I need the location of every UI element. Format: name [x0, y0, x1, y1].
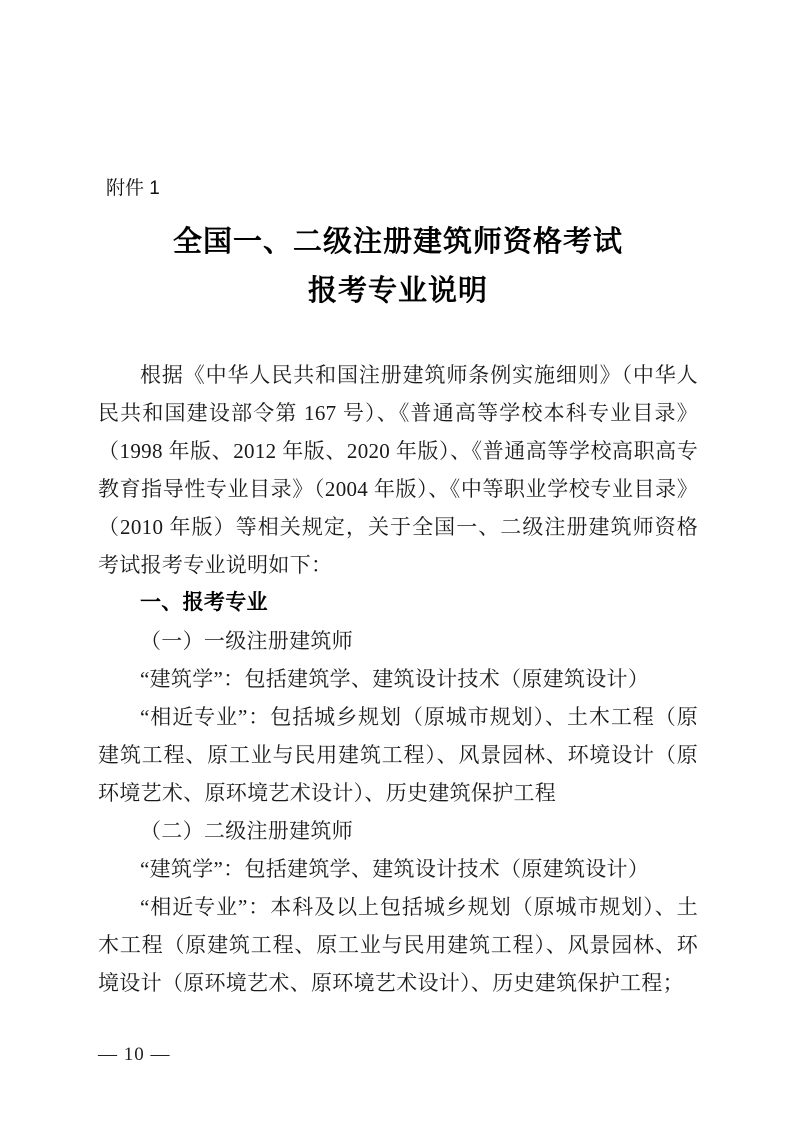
document-body: 根据《中华人民共和国注册建筑师条例实施细则》（中华人民共和国建设部令第 167 …: [98, 356, 698, 1002]
subsection-heading-first-class-architect: （一）一级注册建筑师: [98, 622, 698, 660]
paragraph-second-class-related-majors: “相近专业”：本科及以上包括城乡规划（原城市规划）、土木工程（原建筑工程、原工业…: [98, 888, 698, 1002]
page-number: — 10 —: [98, 1042, 171, 1068]
intro-paragraph: 根据《中华人民共和国注册建筑师条例实施细则》（中华人民共和国建设部令第 167 …: [98, 356, 698, 584]
paragraph-second-class-jianzhuxue: “建筑学”：包括建筑学、建筑设计技术（原建筑设计）: [98, 850, 698, 888]
subsection-heading-second-class-architect: （二）二级注册建筑师: [98, 812, 698, 850]
paragraph-first-class-jianzhuxue: “建筑学”：包括建筑学、建筑设计技术（原建筑设计）: [98, 660, 698, 698]
paragraph-first-class-related-majors: “相近专业”：包括城乡规划（原城市规划）、土木工程（原建筑工程、原工业与民用建筑…: [98, 698, 698, 812]
document-title-line-2: 报考专业说明: [98, 267, 698, 316]
document-title: 全国一、二级注册建筑师资格考试 报考专业说明: [98, 218, 698, 316]
attachment-label: 附件 1: [106, 177, 160, 201]
section-heading-baokao-zhuanye: 一、报考专业: [98, 584, 698, 622]
document-page: 附件 1 全国一、二级注册建筑师资格考试 报考专业说明 根据《中华人民共和国注册…: [0, 0, 794, 1123]
document-title-line-1: 全国一、二级注册建筑师资格考试: [98, 218, 698, 267]
